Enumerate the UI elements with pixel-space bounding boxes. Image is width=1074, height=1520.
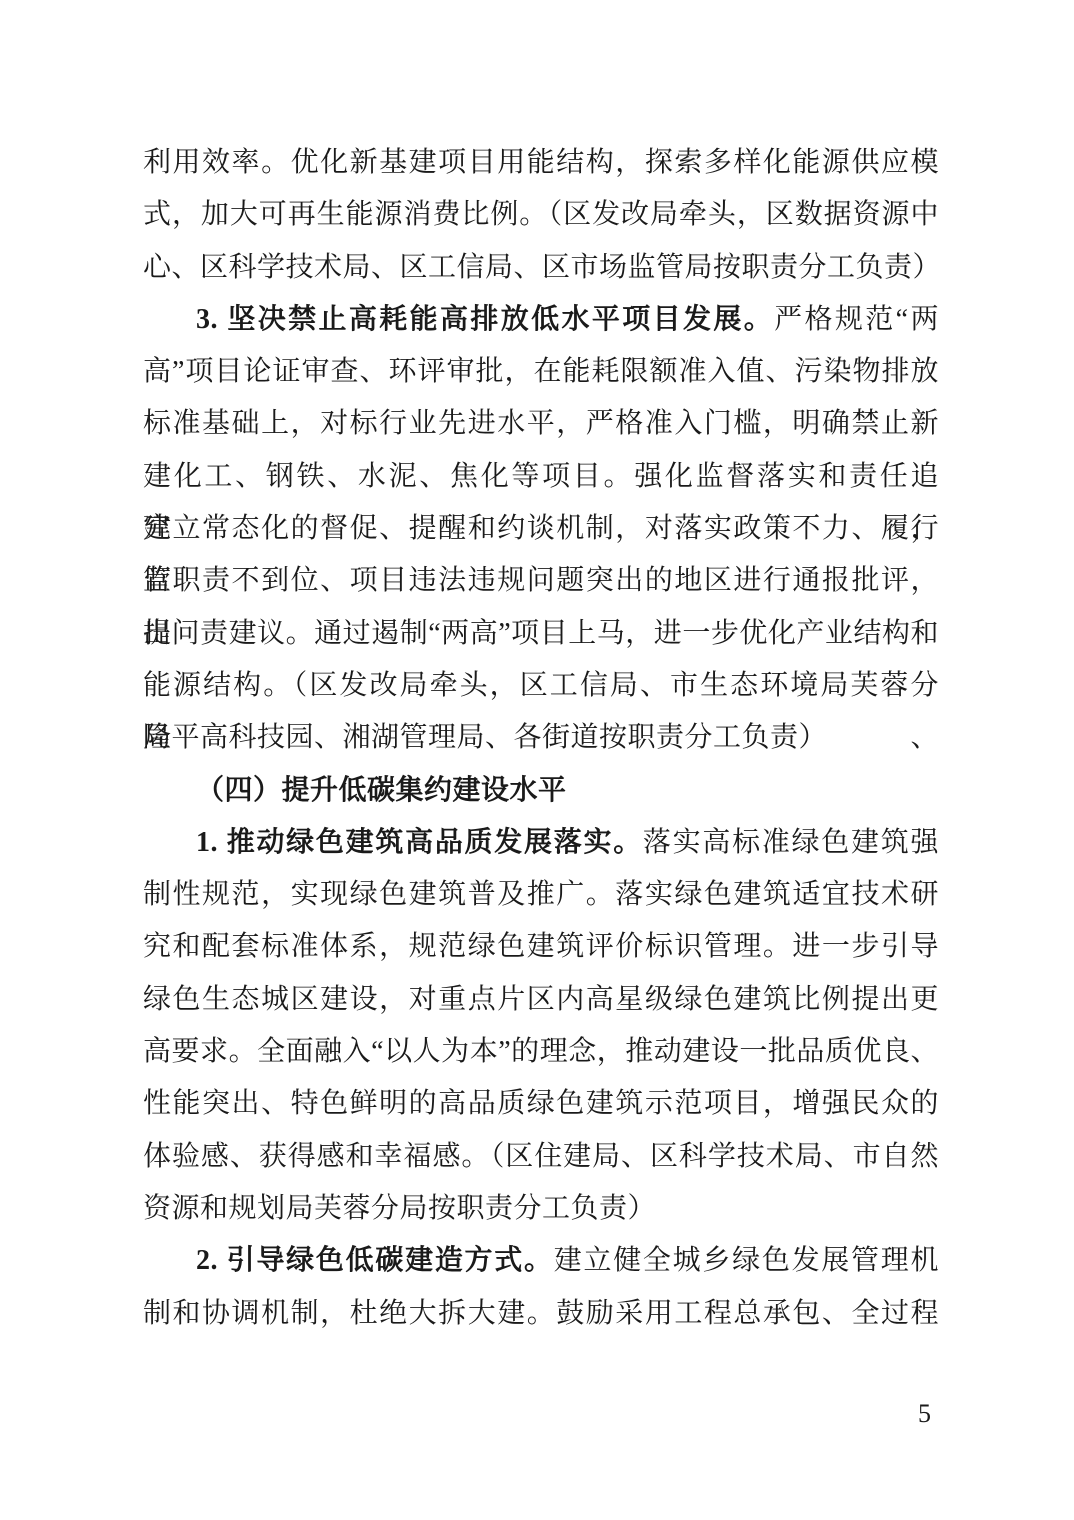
text-run: 高要求。全面融入“以人为本”的理念，推动建设一批品质优良、	[143, 1036, 939, 1067]
document-body: 利用效率。优化新基建项目用能结构，探索多样化能源供应模式，加大可再生能源消费比例…	[143, 137, 939, 1340]
text-run: 性能突出、特色鲜明的高品质绿色建筑示范项目，增强民众的	[143, 1088, 939, 1119]
text-run: 标准基础上，对标行业先进水平，严格准入门槛，明确禁止新	[143, 408, 939, 439]
text-line: 隆平高科技园、湘湖管理局、各街道按职责分工负责）	[143, 712, 939, 764]
text-line: 制和协调机制，杜绝大拆大建。鼓励采用工程总承包、全过程	[143, 1288, 939, 1340]
text-run: 1. 推动绿色建筑高品质发展落实。	[196, 827, 643, 858]
text-line: 绿色生态城区建设，对重点片区内高星级绿色建筑比例提出更	[143, 974, 939, 1026]
text-line: 制性规范，实现绿色建筑普及推广。落实绿色建筑适宜技术研	[143, 869, 939, 921]
text-run: 利用效率。优化新基建项目用能结构，探索多样化能源供应模	[143, 147, 939, 178]
text-line: 管职责不到位、项目违法违规问题突出的地区进行通报批评，提	[143, 555, 939, 607]
document-page: 利用效率。优化新基建项目用能结构，探索多样化能源供应模式，加大可再生能源消费比例…	[0, 0, 1074, 1520]
text-run: 式，加大可再生能源消费比例。（区发改局牵头，区数据资源中	[143, 199, 939, 230]
text-run: 体验感、获得感和幸福感。（区住建局、区科学技术局、市自然	[143, 1141, 939, 1172]
text-run: （四）提升低碳集约建设水平	[196, 775, 567, 806]
text-line: 2. 引导绿色低碳建造方式。建立健全城乡绿色发展管理机	[143, 1235, 939, 1287]
text-line: 1. 推动绿色建筑高品质发展落实。落实高标准绿色建筑强	[143, 817, 939, 869]
text-line: 标准基础上，对标行业先进水平，严格准入门槛，明确禁止新	[143, 398, 939, 450]
text-run: 心、区科学技术局、区工信局、区市场监管局按职责分工负责）	[143, 252, 941, 283]
text-line: 性能突出、特色鲜明的高品质绿色建筑示范项目，增强民众的	[143, 1078, 939, 1130]
text-run: 究和配套标准体系，规范绿色建筑评价标识管理。进一步引导	[143, 931, 939, 962]
text-run: 绿色生态城区建设，对重点片区内高星级绿色建筑比例提出更	[143, 984, 939, 1015]
text-run: 资源和规划局芙蓉分局按职责分工负责）	[143, 1193, 656, 1224]
text-run: 隆平高科技园、湘湖管理局、各街道按职责分工负责）	[143, 722, 827, 753]
text-run: 出问责建议。通过遏制“两高”项目上马，进一步优化产业结构和	[143, 618, 939, 649]
text-run: 3. 坚决禁止高耗能高排放低水平项目发展。	[196, 304, 774, 335]
text-line: 高”项目论证审查、环评审批，在能耗限额准入值、污染物排放	[143, 346, 939, 398]
text-line: 究和配套标准体系，规范绿色建筑评价标识管理。进一步引导	[143, 921, 939, 973]
text-run: 建立健全城乡绿色发展管理机	[554, 1245, 939, 1276]
text-run: 严格规范“两	[774, 304, 939, 335]
text-line: （四）提升低碳集约建设水平	[143, 765, 939, 817]
text-run: 2. 引导绿色低碳建造方式。	[196, 1245, 554, 1276]
text-line: 建化工、钢铁、水泥、焦化等项目。强化监督落实和责任追究，	[143, 451, 939, 503]
text-run: 高”项目论证审查、环评审批，在能耗限额准入值、污染物排放	[143, 356, 939, 387]
text-line: 出问责建议。通过遏制“两高”项目上马，进一步优化产业结构和	[143, 608, 939, 660]
text-line: 资源和规划局芙蓉分局按职责分工负责）	[143, 1183, 939, 1235]
text-run: 制性规范，实现绿色建筑普及推广。落实绿色建筑适宜技术研	[143, 879, 939, 910]
text-run: 落实高标准绿色建筑强	[643, 827, 939, 858]
text-run: 制和协调机制，杜绝大拆大建。鼓励采用工程总承包、全过程	[143, 1298, 939, 1329]
text-line: 利用效率。优化新基建项目用能结构，探索多样化能源供应模	[143, 137, 939, 189]
text-line: 建立常态化的督促、提醒和约谈机制，对落实政策不力、履行监	[143, 503, 939, 555]
text-line: 心、区科学技术局、区工信局、区市场监管局按职责分工负责）	[143, 242, 939, 294]
text-line: 高要求。全面融入“以人为本”的理念，推动建设一批品质优良、	[143, 1026, 939, 1078]
text-line: 体验感、获得感和幸福感。（区住建局、区科学技术局、市自然	[143, 1131, 939, 1183]
text-line: 3. 坚决禁止高耗能高排放低水平项目发展。严格规范“两	[143, 294, 939, 346]
text-line: 能源结构。（区发改局牵头，区工信局、市生态环境局芙蓉分局、	[143, 660, 939, 712]
page-number: 5	[918, 1396, 931, 1432]
text-line: 式，加大可再生能源消费比例。（区发改局牵头，区数据资源中	[143, 189, 939, 241]
